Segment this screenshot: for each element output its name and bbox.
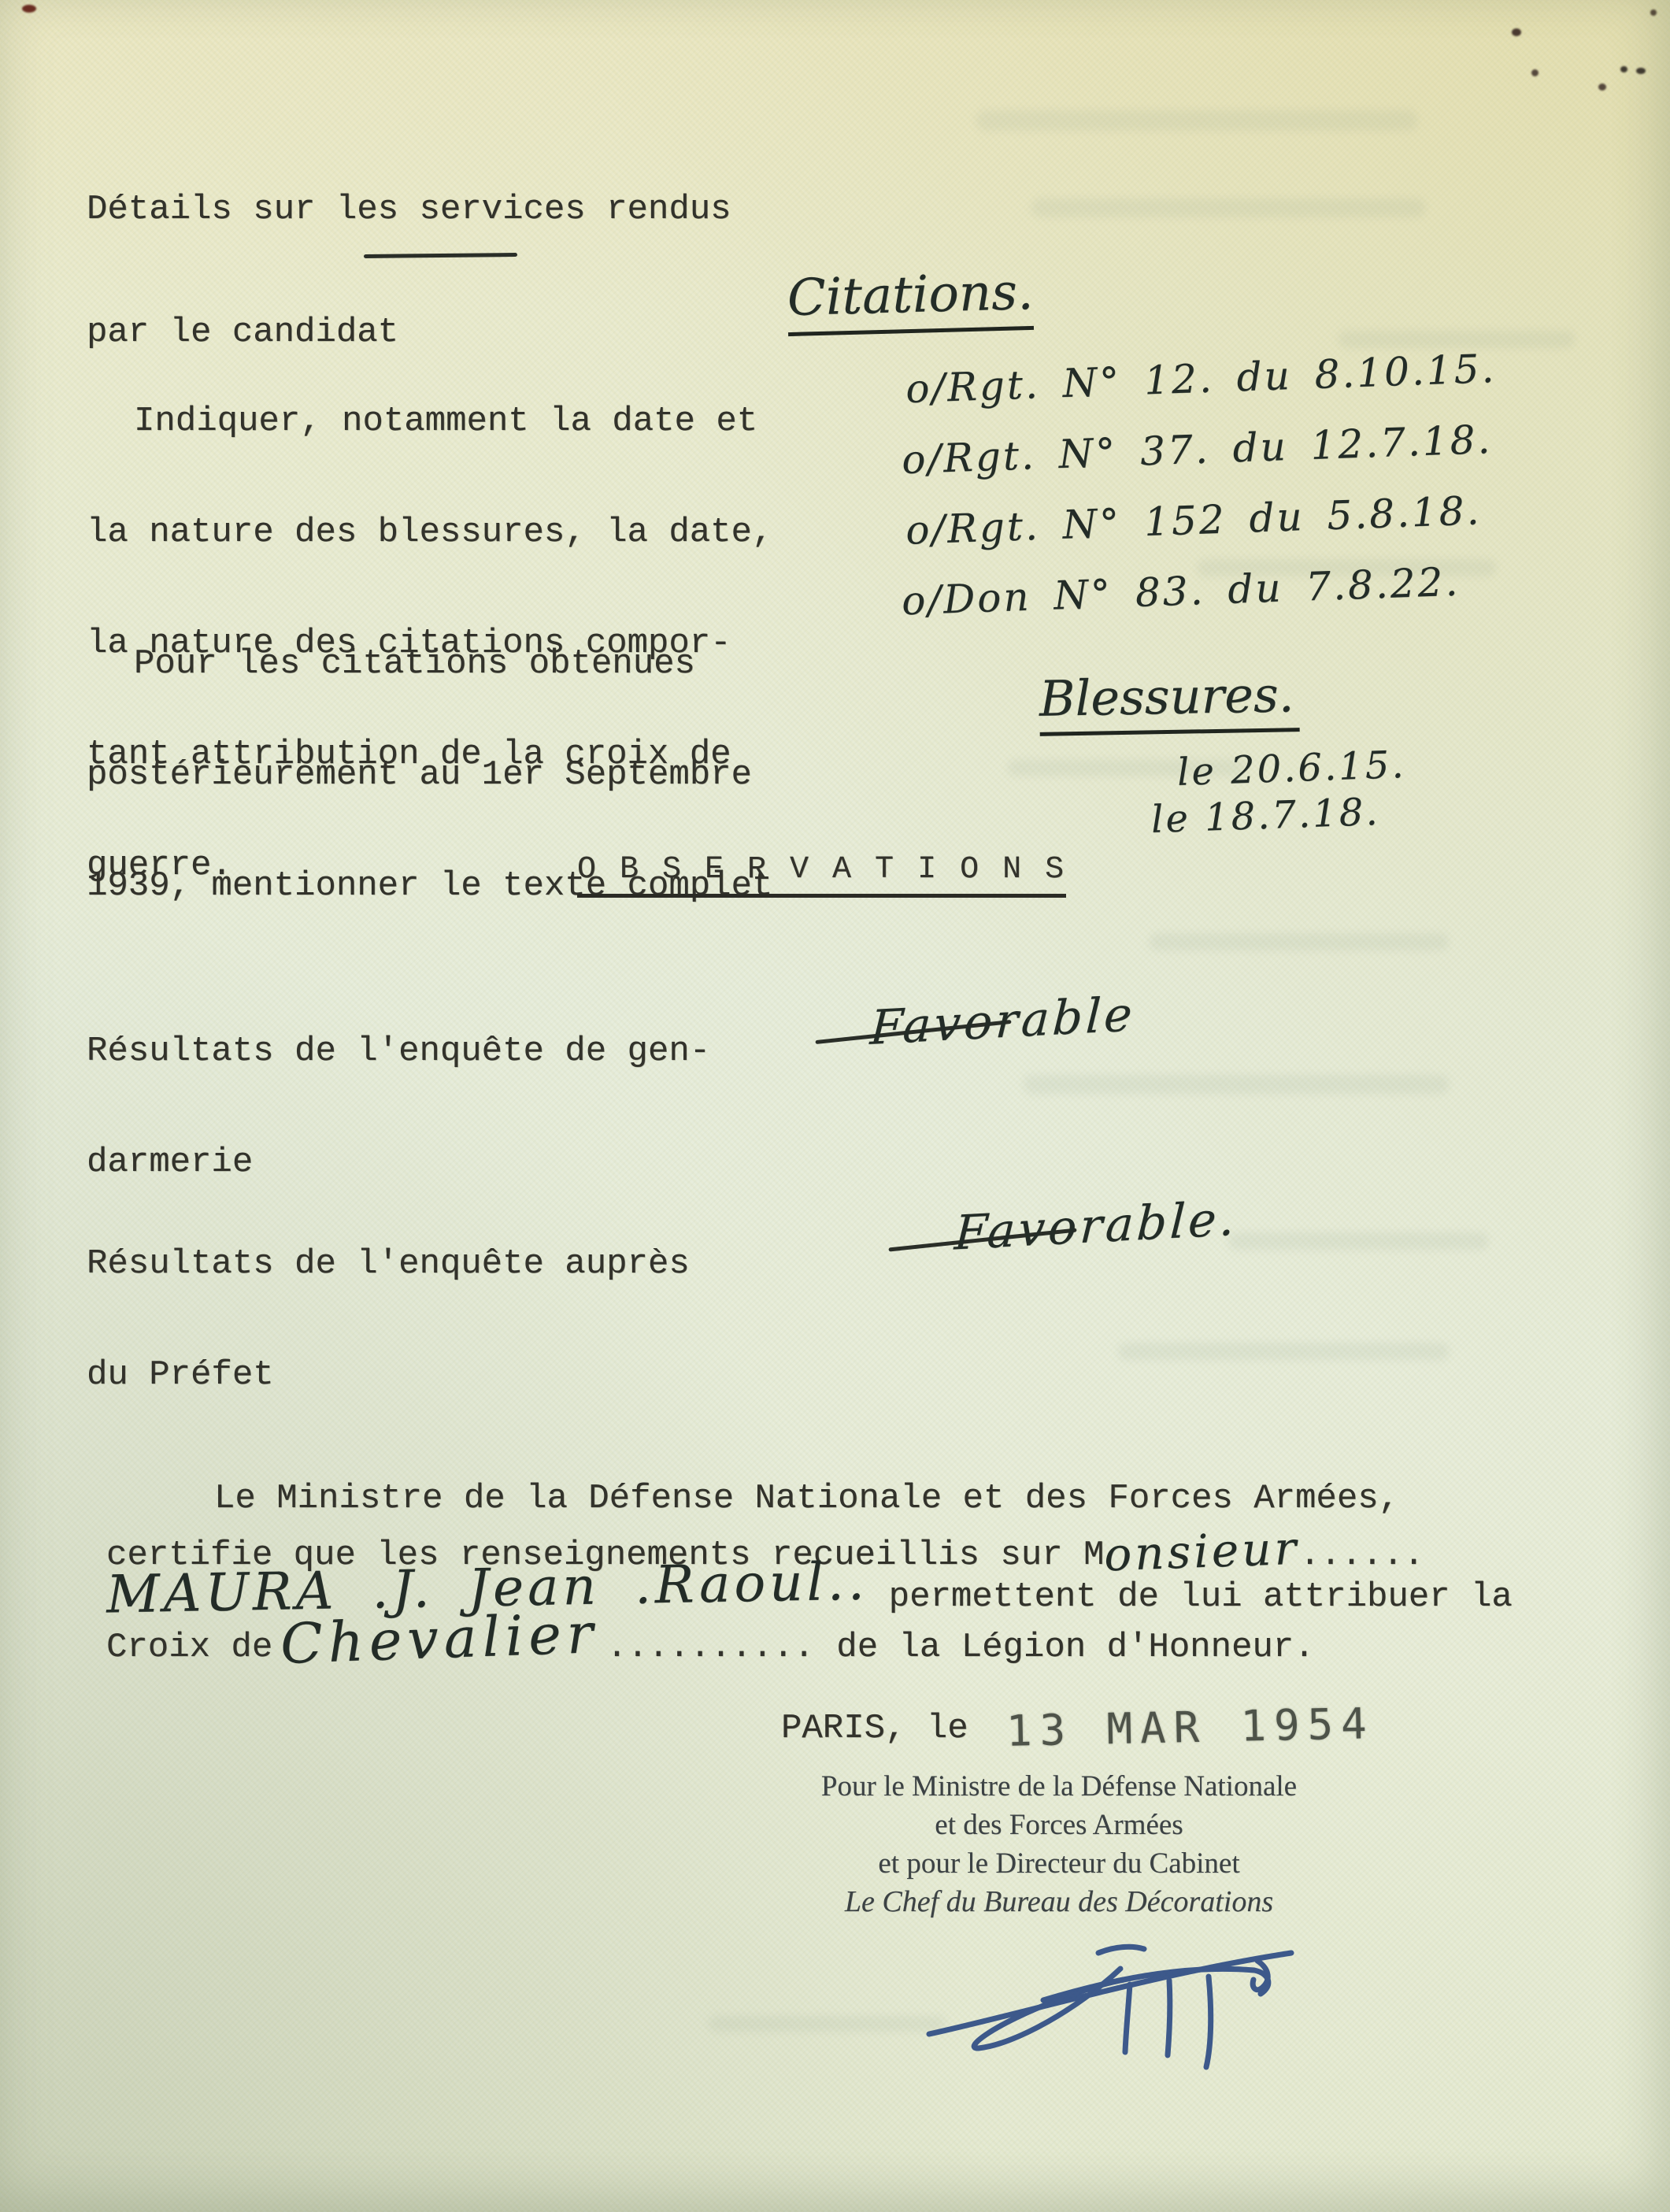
citation-entry: o/Rgt. N° 12. du 8.10.15.	[905, 346, 1497, 412]
certification-line1: Le Ministre de la Défense Nationale et d…	[214, 1479, 1399, 1518]
paper-speck	[1636, 68, 1646, 74]
pour-line: Pour les citations obtenues	[87, 646, 772, 683]
dateline-place: PARIS, le	[781, 1709, 968, 1748]
prefet-result: Favorable.	[953, 1191, 1239, 1261]
certification-line4-end: de la Légion d'Honneur.	[836, 1628, 1314, 1667]
blessure-entry: le 20.6.15.	[1176, 743, 1406, 795]
prefet-label: Résultats de l'enquête auprès du Préfet	[87, 1172, 690, 1468]
citation-entry: o/Don N° 83. du 7.8.22.	[901, 559, 1461, 624]
pour-line: postérieurement au 1er Septembre	[87, 757, 772, 794]
blessures-heading: Blessures.	[1039, 665, 1299, 736]
observations-heading: O B S E R V A T I O N S	[577, 852, 1066, 898]
scanned-document-page: Détails sur les services rendus par le c…	[0, 0, 1670, 2212]
bleedthrough-smudge	[709, 2016, 945, 2032]
indiquer-line: Indiquer, notamment la date et	[87, 403, 772, 440]
certification-line4-dots: ..........	[606, 1628, 814, 1667]
citations-heading: Citations.	[787, 263, 1035, 336]
bleedthrough-smudge	[1339, 331, 1575, 348]
signature-ink	[917, 1904, 1319, 2093]
certification-line4-start: Croix de	[106, 1628, 272, 1667]
indiquer-line: la nature des blessures, la date,	[87, 514, 772, 551]
signature-title-block: Pour le Ministre de la Défense Nationale…	[740, 1767, 1378, 1921]
paper-speck	[22, 5, 36, 13]
gendarmerie-result: Favorable	[868, 987, 1136, 1056]
bleedthrough-smudge	[1150, 933, 1449, 950]
prefet-label-line: du Préfet	[87, 1357, 690, 1394]
signature-title-line: Pour le Ministre de la Défense Nationale	[740, 1767, 1378, 1806]
bleedthrough-smudge	[1031, 198, 1425, 217]
grade-handwritten: Chevalier	[280, 1601, 600, 1677]
bleedthrough-smudge	[1118, 1343, 1449, 1360]
gendarmerie-label-line: Résultats de l'enquête de gen-	[87, 1033, 710, 1070]
citation-entry: o/Rgt. N° 37. du 12.7.18.	[901, 417, 1493, 483]
paper-speck	[1531, 69, 1539, 76]
paper-speck	[1650, 9, 1657, 16]
bleedthrough-smudge	[1228, 1232, 1488, 1250]
blessure-entry: le 18.7.18.	[1150, 790, 1380, 842]
signature-title-line: et pour le Directeur du Cabinet	[740, 1844, 1378, 1883]
paper-speck	[1512, 28, 1521, 36]
prefet-label-line: Résultats de l'enquête auprès	[87, 1246, 690, 1283]
paper-speck	[1598, 83, 1606, 91]
bleedthrough-smudge	[976, 110, 1417, 131]
citation-entry: o/Rgt. N° 152 du 5.8.18.	[905, 487, 1482, 553]
certification-line4: Croix de Chevalier .......... de la Légi…	[106, 1605, 1315, 1669]
date-stamp: 13 MAR 1954	[1005, 1699, 1375, 1756]
details-heading-line: Détails sur les services rendus	[87, 189, 731, 230]
bleedthrough-smudge	[1024, 1075, 1449, 1094]
signature-title-line: et des Forces Armées	[740, 1806, 1378, 1844]
paper-speck	[1620, 66, 1627, 72]
pour-paragraph: Pour les citations obtenues postérieurem…	[87, 572, 772, 979]
